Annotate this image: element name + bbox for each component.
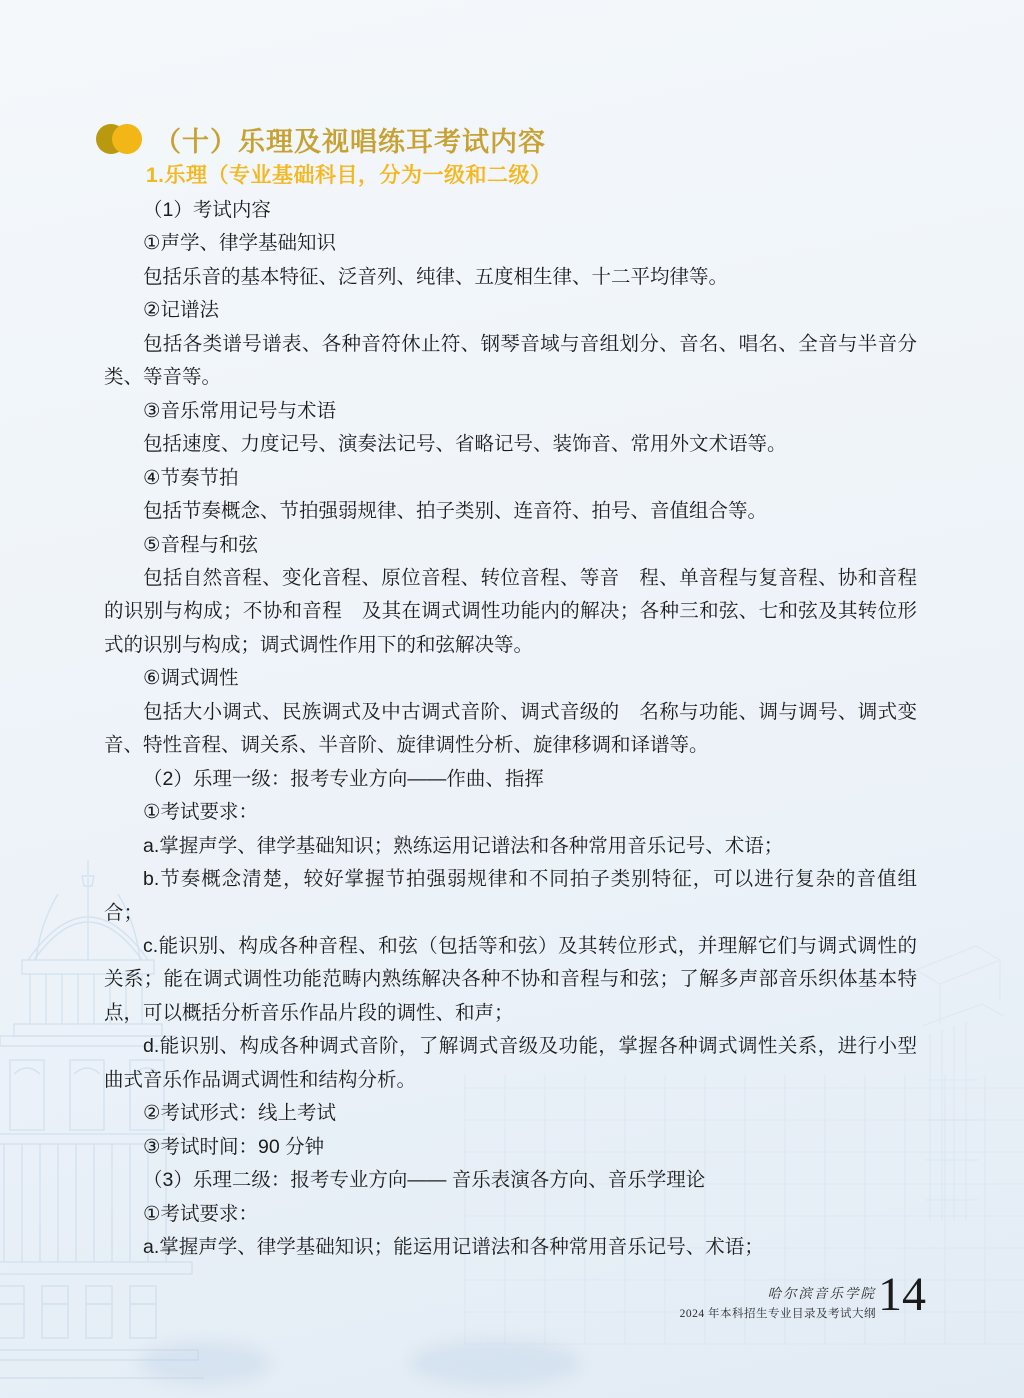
paragraph: ④节奏节拍	[104, 462, 917, 495]
paragraph: 包括节奏概念、节拍强弱规律、拍子类别、连音符、拍号、音值组合等。	[104, 495, 917, 528]
paragraph: 包括乐音的基本特征、泛音列、纯律、五度相生律、十二平均律等。	[104, 261, 917, 294]
paragraph: ⑥调式调性	[104, 662, 917, 695]
page-number: 14	[878, 1271, 926, 1319]
paragraph: （1）考试内容	[104, 194, 917, 227]
paragraph: ③音乐常用记号与术语	[104, 395, 917, 428]
paragraph: ③考试时间：90 分钟	[104, 1131, 917, 1164]
subsection-title: 1.乐理（专业基础科目，分为一级和二级）	[146, 159, 552, 189]
section-header: （十）乐理及视唱练耳考试内容	[96, 120, 546, 159]
footer-document-title: 2024 年本科招生专业目录及考试大纲	[680, 1305, 876, 1321]
decorative-blob	[140, 1342, 270, 1384]
section-title: （十）乐理及视唱练耳考试内容	[154, 120, 546, 159]
paragraph: ②考试形式：线上考试	[104, 1097, 917, 1130]
paragraph: 包括速度、力度记号、演奏法记号、省略记号、装饰音、常用外文术语等。	[104, 428, 917, 461]
paragraph: 包括各类谱号谱表、各种音符休止符、钢琴音域与音组划分、音名、唱名、全音与半音分类…	[104, 328, 917, 395]
paragraph: （3）乐理二级：报考专业方向—— 音乐表演各方向、音乐学理论	[104, 1164, 917, 1197]
paragraph: ①考试要求：	[104, 796, 917, 829]
paragraph: a.掌握声学、律学基础知识；熟练运用记谱法和各种常用音乐记号、术语；	[104, 830, 917, 863]
paragraph: ⑤音程与和弦	[104, 529, 917, 562]
page-footer: 哈尔滨音乐学院 2024 年本科招生专业目录及考试大纲	[680, 1282, 876, 1321]
overlapping-circles-icon	[96, 124, 142, 155]
decorative-blob	[410, 1340, 580, 1386]
paragraph: （2）乐理一级：报考专业方向——作曲、指挥	[104, 763, 917, 796]
paragraph: ①考试要求：	[104, 1198, 917, 1231]
footer-institution: 哈尔滨音乐学院	[680, 1282, 876, 1302]
document-page: （十）乐理及视唱练耳考试内容 1.乐理（专业基础科目，分为一级和二级） （1）考…	[0, 0, 1024, 1398]
paragraph: ①声学、律学基础知识	[104, 227, 917, 260]
paragraph: 包括大小调式、民族调式及中古调式音阶、调式音级的 名称与功能、调与调号、调式变音…	[104, 696, 917, 763]
paragraph: 包括自然音程、变化音程、原位音程、转位音程、等音 程、单音程与复音程、协和音程的…	[104, 562, 917, 662]
paragraph: a.掌握声学、律学基础知识；能运用记谱法和各种常用音乐记号、术语；	[104, 1231, 917, 1264]
paragraph: c.能识别、构成各种音程、和弦（包括等和弦）及其转位形式，并理解它们与调式调性的…	[104, 930, 917, 1030]
paragraph: ②记谱法	[104, 294, 917, 327]
paragraph: b.节奏概念清楚，较好掌握节拍强弱规律和不同拍子类别特征，可以进行复杂的音值组合…	[104, 863, 917, 930]
paragraph: d.能识别、构成各种调式音阶，了解调式音级及功能，掌握各种调式调性关系，进行小型…	[104, 1030, 917, 1097]
body-content: （1）考试内容①声学、律学基础知识包括乐音的基本特征、泛音列、纯律、五度相生律、…	[104, 194, 917, 1265]
